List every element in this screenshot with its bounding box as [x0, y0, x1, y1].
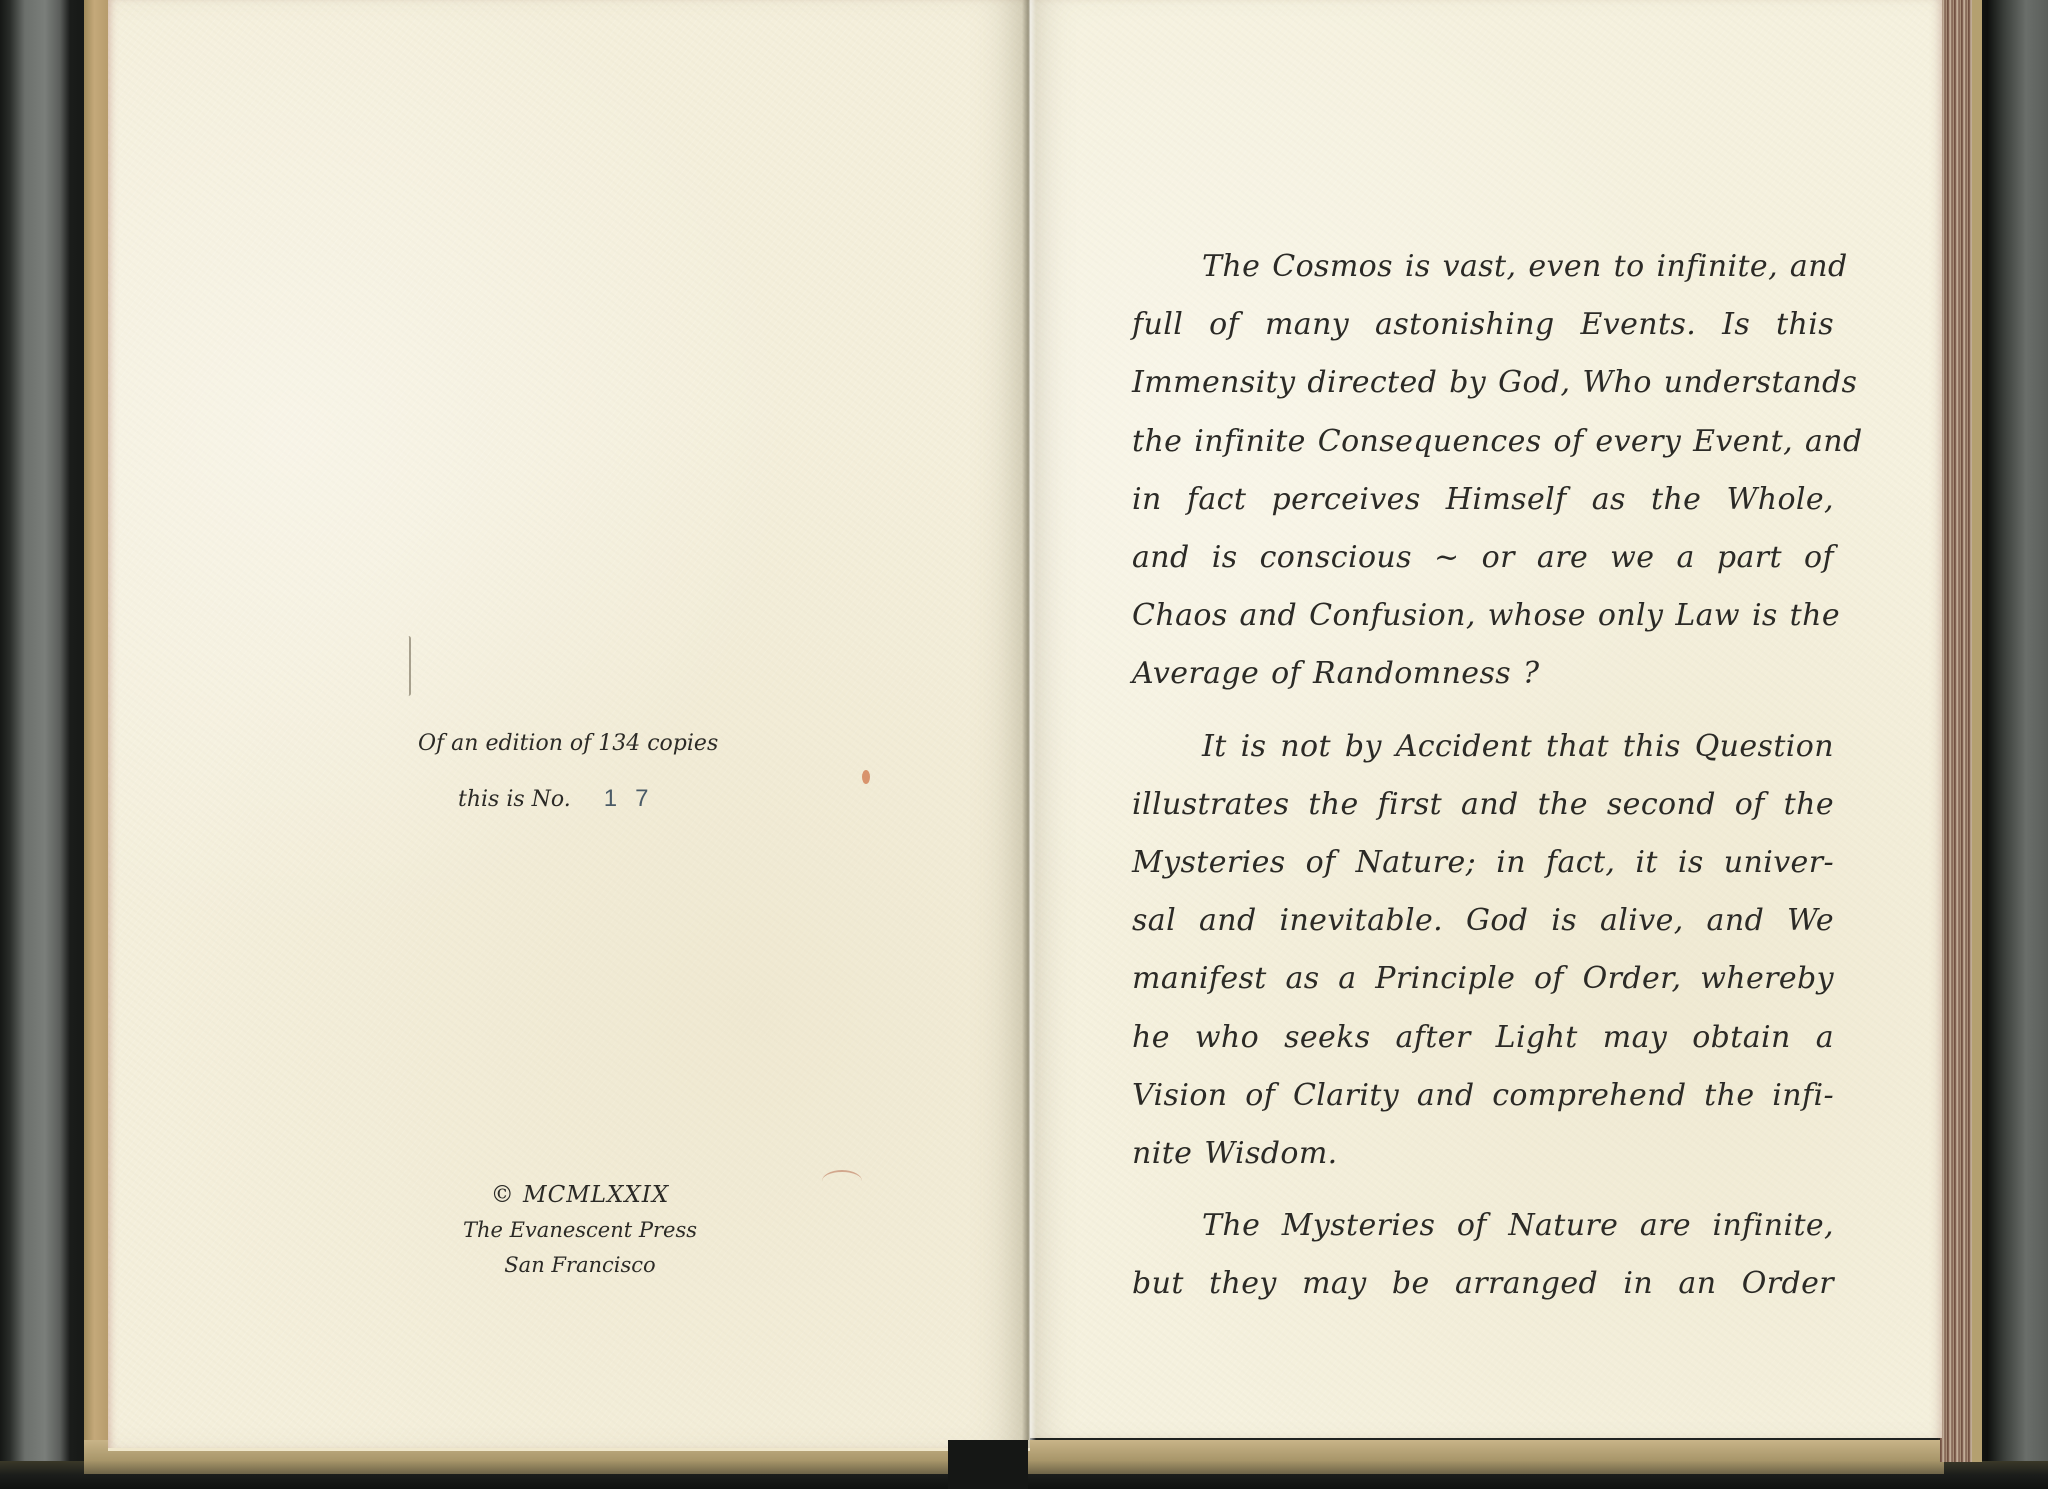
text-line: manifest as a Principle of Order, whereb… [1132, 950, 1834, 1008]
handwritten-copy-number: 17 [604, 785, 667, 812]
text-line: nite Wisdom. [1132, 1125, 1834, 1183]
text-line: Mysteries of Nature; in fact, it is univ… [1132, 834, 1834, 892]
text-line: but they may be arranged in an Order [1132, 1255, 1834, 1313]
copy-number-label: this is No. [458, 787, 571, 812]
spine-gap [948, 1440, 1028, 1489]
paper-stain [862, 770, 870, 784]
paper-mark [406, 636, 411, 696]
paper-stain [822, 1170, 862, 1192]
body-text: The Cosmos is vast, even to infinite, an… [1132, 238, 1834, 1328]
paragraph-1: The Cosmos is vast, even to infinite, an… [1132, 238, 1834, 704]
board-turn-in-right [1972, 0, 1982, 1462]
text-line: The Cosmos is vast, even to infinite, an… [1132, 238, 1834, 296]
imprint-block: © MCMLXXIX The Evanescent Press San Fran… [430, 1178, 730, 1283]
text-line: illustrates the first and the second of … [1132, 776, 1834, 834]
text-line: full of many astonishing Events. Is this [1132, 296, 1834, 354]
text-line: It is not by Accident that this Question [1132, 718, 1834, 776]
paragraph-2: It is not by Accident that this Question… [1132, 718, 1834, 1184]
text-line: he who seeks after Light may obtain a [1132, 1009, 1834, 1067]
limitation-statement: Of an edition of 134 copies this is No. … [418, 716, 718, 827]
publisher-city: San Francisco [430, 1248, 730, 1283]
book-gutter [1022, 0, 1036, 1440]
text-line: and is conscious ~ or are we a part of [1132, 529, 1834, 587]
text-line: The Mysteries of Nature are infinite, [1132, 1197, 1834, 1255]
text-line: the infinite Consequences of every Event… [1132, 413, 1834, 471]
page-block-fore-edge [1940, 0, 1976, 1462]
copyright-line: © MCMLXXIX [430, 1178, 730, 1213]
copy-number-line: this is No. 17 [418, 771, 718, 827]
edition-line: Of an edition of 134 copies [418, 716, 718, 771]
board-turn-in-left [84, 0, 110, 1470]
text-line: Chaos and Confusion, whose only Law is t… [1132, 587, 1834, 645]
paragraph-3: The Mysteries of Nature are infinite, bu… [1132, 1197, 1834, 1313]
text-line: Immensity directed by God, Who understan… [1132, 354, 1834, 412]
text-line: sal and inevitable. God is alive, and We [1132, 892, 1834, 950]
text-line: in fact perceives Himself as the Whole, [1132, 471, 1834, 529]
publisher-name: The Evanescent Press [430, 1213, 730, 1248]
text-line: Vision of Clarity and comprehend the inf… [1132, 1067, 1834, 1125]
text-line: Average of Randomness ? [1132, 645, 1834, 703]
book-scan: Of an edition of 134 copies this is No. … [0, 0, 2048, 1489]
